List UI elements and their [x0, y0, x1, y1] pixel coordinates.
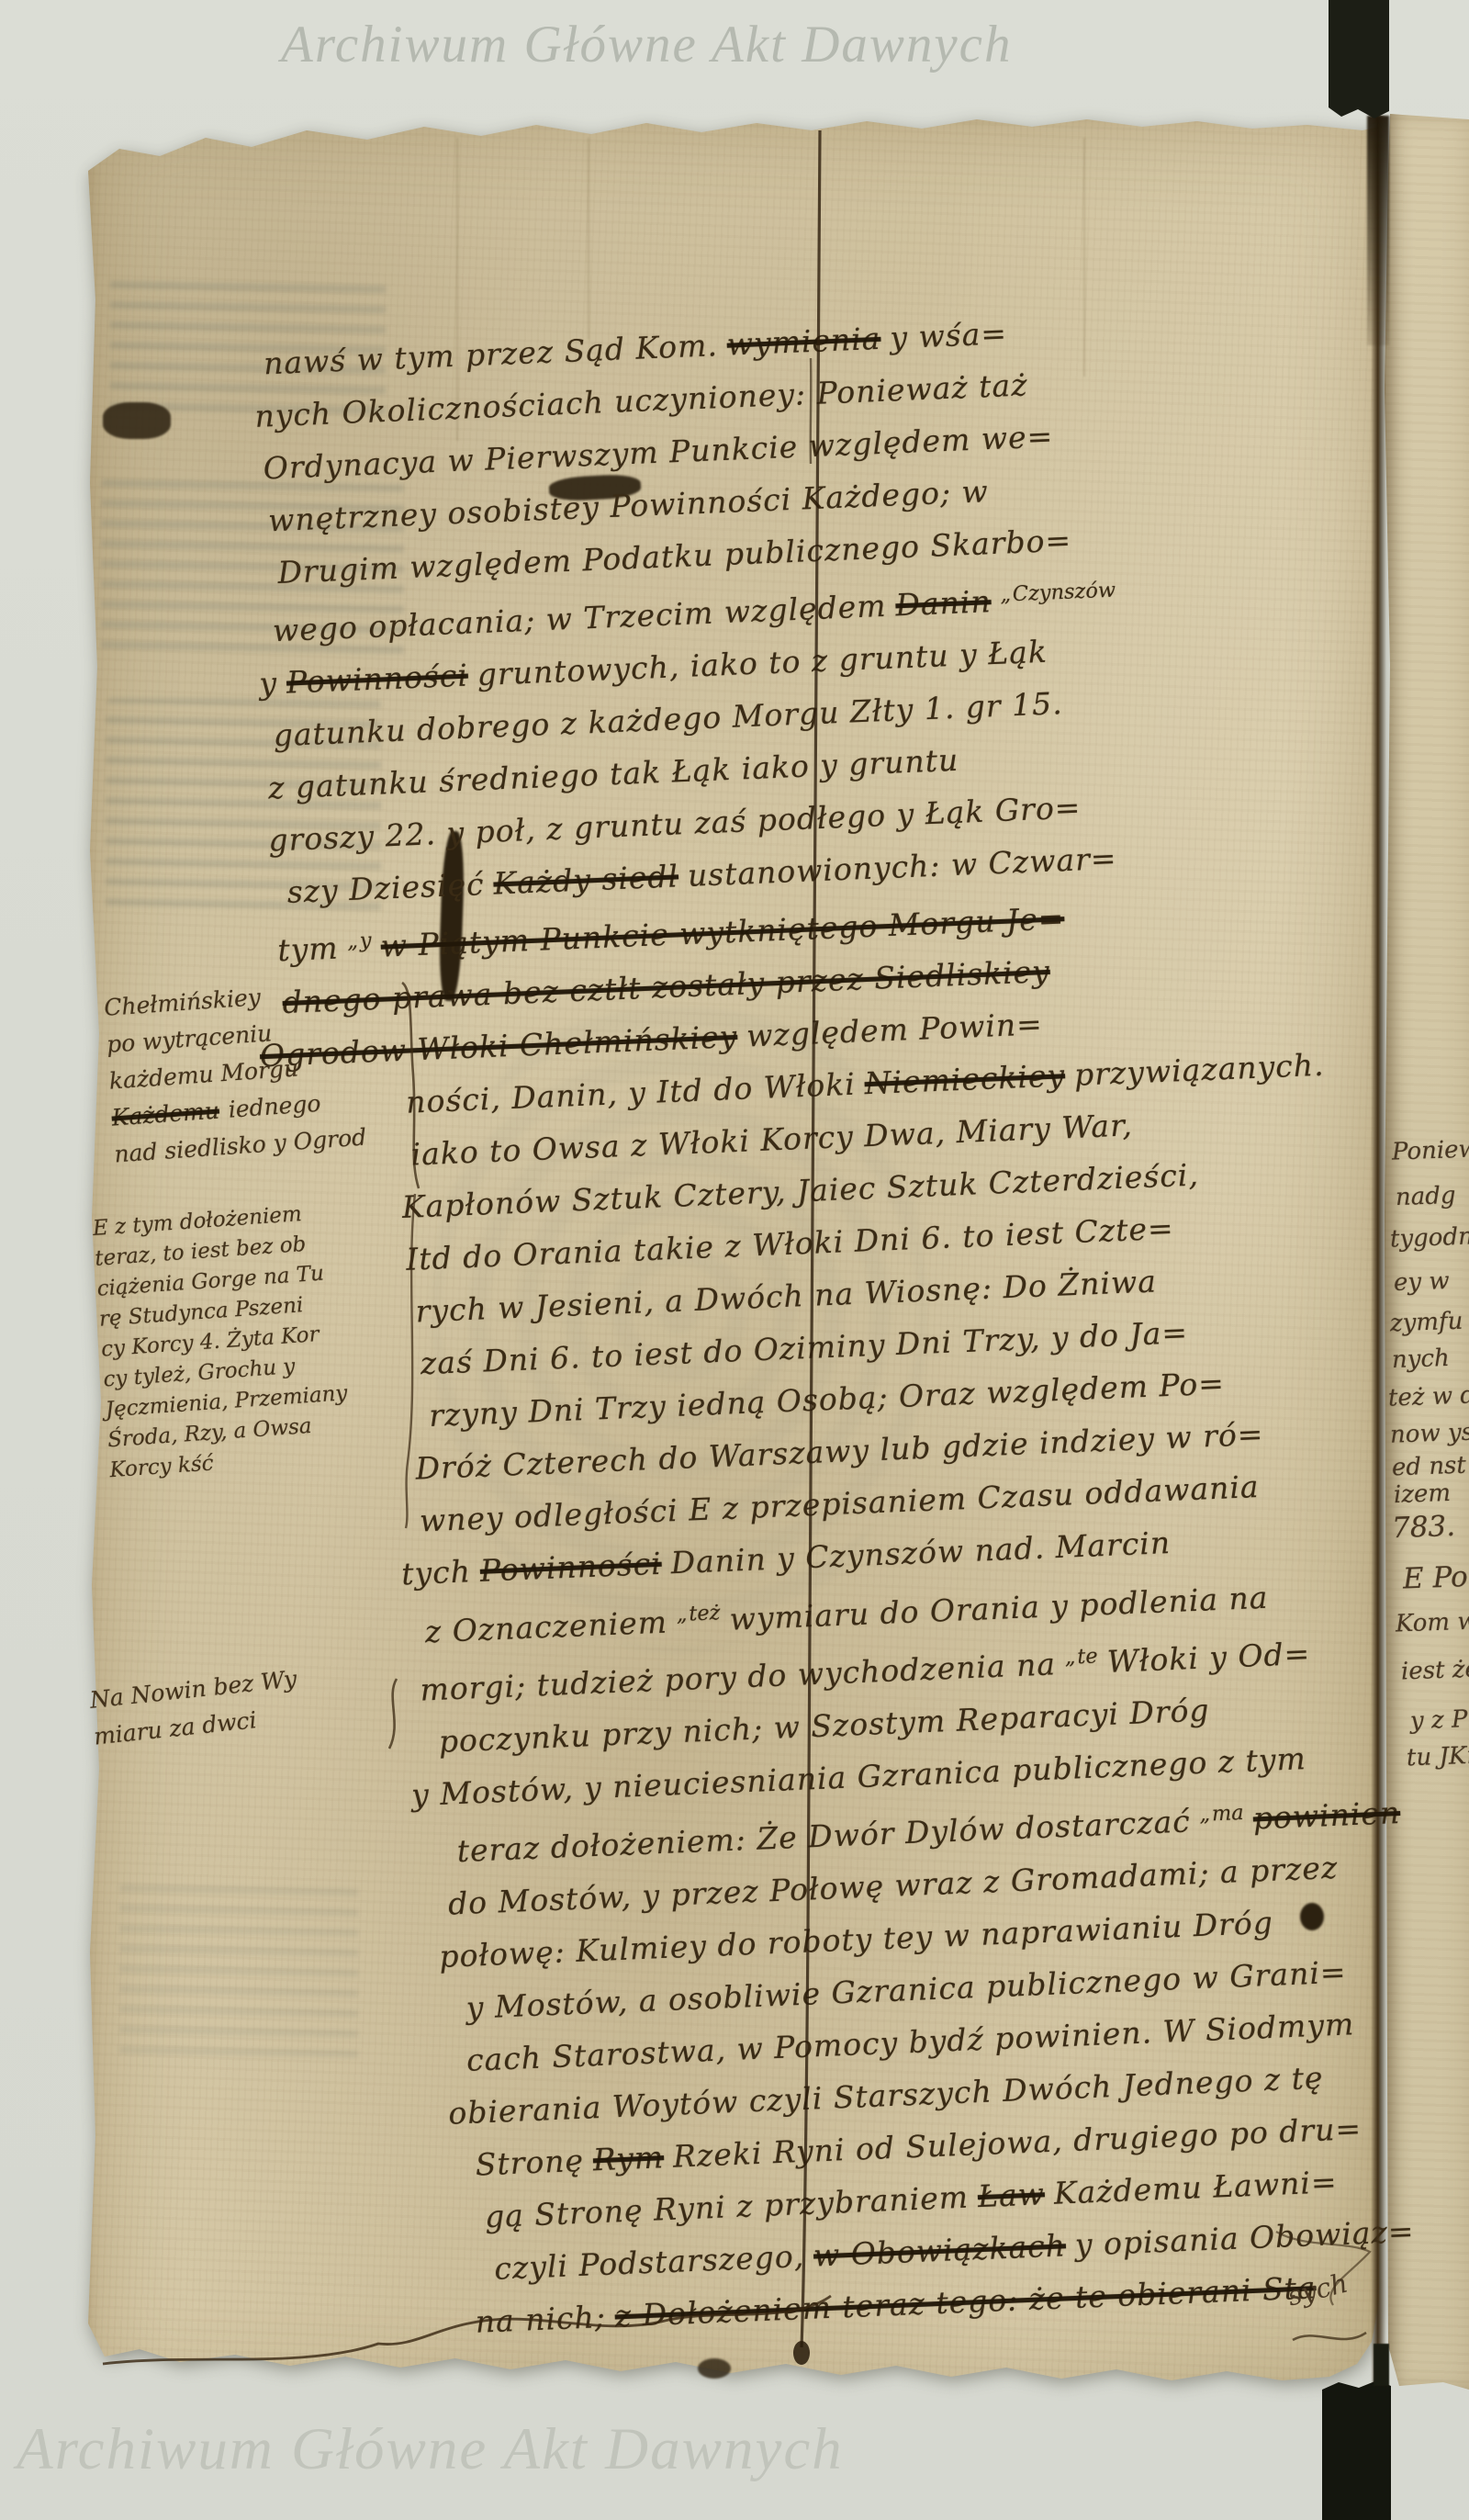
adjacent-page-word: nych	[1391, 1344, 1450, 1374]
inserted-text: y	[347, 928, 372, 953]
film-strip-top	[1329, 0, 1389, 118]
text-segment: po wytrąceniu	[106, 1019, 273, 1058]
film-strip-bottom	[1322, 2380, 1391, 2520]
manuscript-scan: Archiwum Główne Akt Dawnych nawś w tym p…	[0, 0, 1469, 2520]
text-segment: czyli Podstarszego,	[494, 2238, 805, 2287]
archive-watermark-top: Archiwum Główne Akt Dawnych	[281, 15, 1012, 74]
adjacent-page-word: izem	[1393, 1479, 1451, 1509]
adjacent-page-word: tygodn	[1390, 1222, 1469, 1253]
adjacent-page-word: tu JKr	[1407, 1742, 1469, 1772]
adjacent-page-word: E Por	[1402, 1560, 1469, 1596]
ink-blot	[103, 402, 171, 439]
archive-watermark-bottom: Archiwum Główne Akt Dawnych	[17, 2415, 844, 2484]
text-segment: Stronę	[475, 2143, 585, 2183]
struck-text: Każdy siedl	[493, 859, 679, 902]
text-segment: szy Dziesięć	[286, 866, 485, 910]
struck-text: Danin	[895, 583, 992, 623]
text-segment: y wśa=	[890, 315, 1008, 355]
adjacent-page-word: iest że	[1401, 1656, 1469, 1686]
struck-text: Niemieckiey	[864, 1058, 1066, 1102]
text-segment: y	[259, 665, 278, 702]
text-segment: Każdemu Ławni=	[1053, 2164, 1338, 2211]
text-segment: iednego	[228, 1090, 322, 1123]
inserted-text: też	[676, 1602, 721, 1627]
struck-text: powinien	[1252, 1794, 1401, 1837]
ink-blot	[698, 2358, 731, 2379]
text-segment: na nich;	[475, 2299, 607, 2340]
adjacent-page-word: też w d	[1388, 1381, 1469, 1412]
handwritten-body-text: nawś w tym przez Sąd Kom.wymieniay wśa=n…	[250, 290, 1469, 2354]
paper-crease	[588, 138, 589, 340]
adjacent-page-word: 783.	[1391, 1510, 1455, 1545]
text-segment: przywiązanych.	[1073, 1047, 1325, 1093]
struck-text: w Obowiązkach	[813, 2227, 1066, 2273]
adjacent-page-word: Poniew	[1392, 1135, 1469, 1165]
adjacent-page-word: y z Pr	[1409, 1705, 1469, 1736]
struck-text: Ław	[977, 2176, 1046, 2214]
text-segment: ustanowionych: w Czwar=	[687, 840, 1117, 894]
margin-note-dolozenie: E z tym dołożeniemteraz, to iest bez obc…	[92, 1197, 362, 1486]
struck-text: Powinności	[479, 1546, 662, 1589]
text-segment: Włoki y Od=	[1106, 1636, 1311, 1680]
adjacent-page-word: Kom w	[1396, 1607, 1469, 1637]
struck-text: Rym	[592, 2139, 665, 2177]
struck-text: Każdemu	[111, 1097, 220, 1131]
inserted-text: te	[1064, 1644, 1098, 1669]
adjacent-page-word: nadg	[1395, 1182, 1456, 1211]
adjacent-page-word: zymfu	[1390, 1308, 1463, 1338]
adjacent-page-word: ed nst	[1392, 1452, 1467, 1482]
text-segment: z Oznaczeniem	[424, 1603, 668, 1649]
film-strip-gap	[1374, 2344, 1389, 2386]
text-segment: tym	[277, 930, 340, 969]
struck-text: wymienia	[726, 321, 881, 363]
struck-text: Powinności	[286, 658, 468, 701]
inserted-text: Czynszów	[1000, 579, 1116, 607]
adjacent-page-word: now yst	[1390, 1418, 1469, 1449]
text-segment: względem Powin=	[746, 1007, 1043, 1054]
inserted-text: ma	[1199, 1801, 1244, 1827]
text-segment: y opisania Obowiąz=	[1074, 2213, 1415, 2263]
text-segment: tych	[401, 1554, 472, 1592]
text-segment: Korcy kść	[109, 1451, 215, 1482]
text-segment: Chełmińskiey	[103, 984, 261, 1021]
adjacent-page-word: ey w	[1393, 1267, 1450, 1297]
margin-note-chelminskiey: Chełmińskieypo wytrąceniukażdemu MorguKa…	[103, 972, 376, 1173]
